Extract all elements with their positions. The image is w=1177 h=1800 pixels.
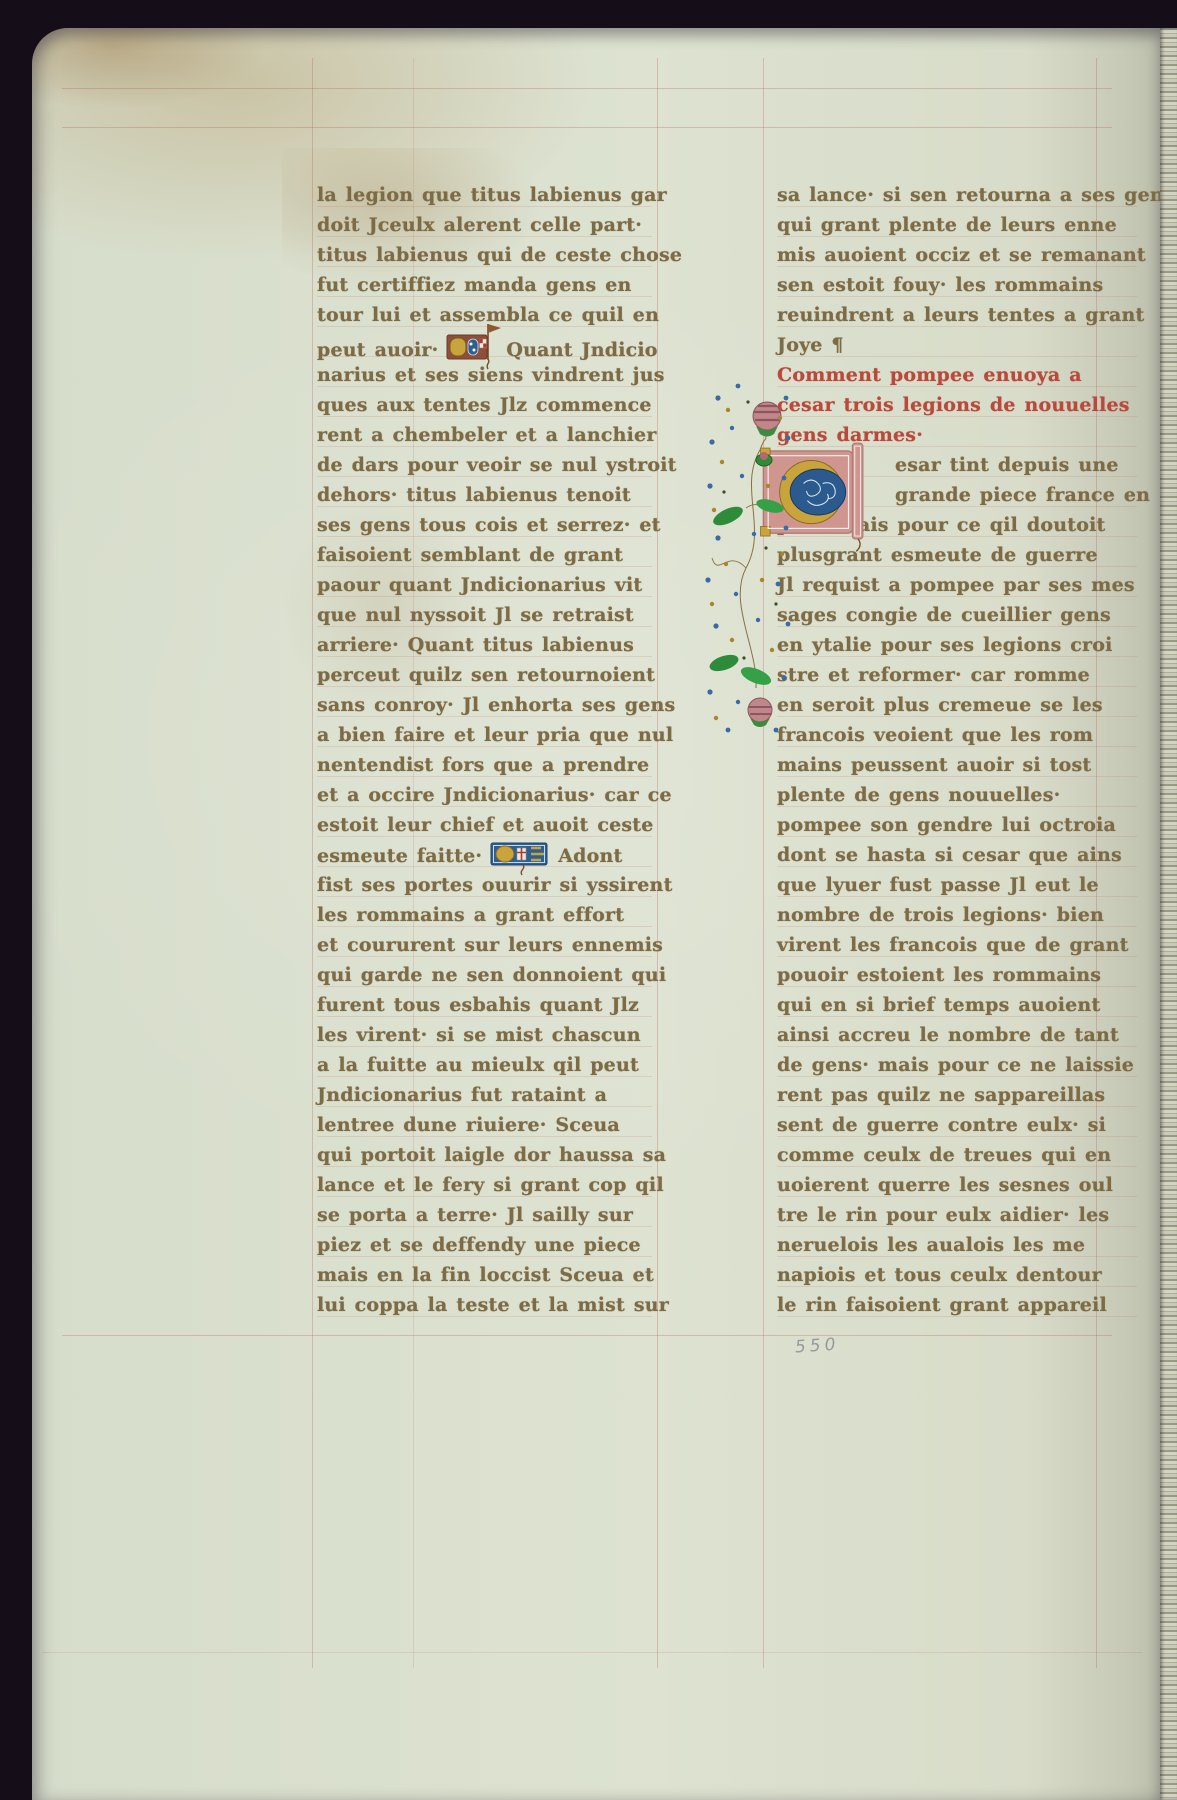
- text-line: lentree dune riuiere· Sceua: [317, 1110, 652, 1140]
- text-line: dont se hasta si cesar que ains: [777, 840, 1137, 870]
- text-line: lui coppa la teste et la mist sur: [317, 1290, 652, 1320]
- text-line: arriere· Quant titus labienus: [317, 630, 652, 660]
- text-line: plusgrant esmeute de guerre: [777, 540, 1137, 570]
- text-line: mais en la fin loccist Sceua et: [317, 1260, 652, 1290]
- text-line: perceut quilz sen retournoient: [317, 660, 652, 690]
- text-line: Joye ¶: [777, 330, 1137, 360]
- text-line: virent les francois que de grant: [777, 930, 1137, 960]
- text-line: que nul nyssoit Jl se retraist: [317, 600, 652, 630]
- text-line: en seroit plus cremeue se les: [777, 690, 1137, 720]
- text-line: a la fuitte au mieulx qil peut: [317, 1050, 652, 1080]
- binding-background: [0, 0, 1177, 28]
- text-line: ques aux tentes Jlz commence: [317, 390, 652, 420]
- ruling-line: [62, 127, 1112, 128]
- paragraph: esar tint depuis unegrande piece france …: [777, 450, 1137, 1320]
- text-line: de gens· mais pour ce ne laissie: [777, 1050, 1137, 1080]
- text-column-right: sa lance· si sen retourna a ses gensqui …: [777, 180, 1137, 1320]
- text-line: esmeute faitte· Adont: [317, 840, 652, 870]
- text-line: peut auoir· Quant Jndicio: [317, 330, 652, 360]
- text-line: neruelois les aualois les me: [777, 1230, 1137, 1260]
- ruling-line: [42, 1652, 1142, 1653]
- text-line: pouoir estoient les rommains: [777, 960, 1137, 990]
- text-line: pompee son gendre lui octroia: [777, 810, 1137, 840]
- text-line: nentendist fors que a prendre: [317, 750, 652, 780]
- text-line: lance et le fery si grant cop qil: [317, 1170, 652, 1200]
- text-line: qui portoit laigle dor haussa sa: [317, 1140, 652, 1170]
- text-line: uoierent querre les sesnes oul: [777, 1170, 1137, 1200]
- text-line: qui garde ne sen donnoient qui: [317, 960, 652, 990]
- text-line: dehors· titus labienus tenoit: [317, 480, 652, 510]
- paraph2-ornament-icon: [489, 840, 551, 872]
- manuscript-page: la legion que titus labienus gardoit Jce…: [32, 28, 1160, 1800]
- text-line: furent tous esbahis quant Jlz: [317, 990, 652, 1020]
- rubric-heading: Comment pompee enuoya acesar trois legio…: [777, 360, 1137, 450]
- text-line: tour lui et assembla ce quil en: [317, 300, 652, 330]
- text-line: a bien faire et leur pria que nul: [317, 720, 652, 750]
- adjacent-folio-edge: [1160, 28, 1177, 1800]
- text-line: Jl requist a pompee par ses mes: [777, 570, 1137, 600]
- text-line: cesar trois legions de nouuelles: [777, 390, 1137, 420]
- text-line: le rin faisoient grant appareil: [777, 1290, 1137, 1320]
- text-column-left: la legion que titus labienus gardoit Jce…: [317, 180, 652, 1320]
- text-line: nombre de trois legions· bien: [777, 900, 1137, 930]
- text-line: titus labienus qui de ceste chose: [317, 240, 652, 270]
- text-line: qui en si brief temps auoient: [777, 990, 1137, 1020]
- text-line: sans conroy· Jl enhorta ses gens: [317, 690, 652, 720]
- text-line: sa lance· si sen retourna a ses gens: [777, 180, 1137, 210]
- text-line: mis auoient occiz et se remanant: [777, 240, 1137, 270]
- ruling-line: [763, 58, 764, 1668]
- text-line: napiois et tous ceulx dentour: [777, 1260, 1137, 1290]
- text-line: plente de gens nouuelles·: [777, 780, 1137, 810]
- text-line: se porta a terre· Jl sailly sur: [317, 1200, 652, 1230]
- text-line: paour quant Jndicionarius vit: [317, 570, 652, 600]
- ruling-line: [312, 58, 313, 1668]
- ruling-line: [62, 88, 1112, 89]
- text-line: rent a chembeler et a lanchier: [317, 420, 652, 450]
- text-line: piez et se deffendy une piece: [317, 1230, 652, 1260]
- paragraph: sa lance· si sen retourna a ses gensqui …: [777, 180, 1137, 360]
- text-line: en ytalie pour ses legions croi: [777, 630, 1137, 660]
- text-line: les rommains a grant effort: [317, 900, 652, 930]
- text-line: Comment pompee enuoya a: [777, 360, 1137, 390]
- text-line: de dars pour veoir se nul ystroit: [317, 450, 652, 480]
- floral-margin-decoration: [698, 358, 794, 738]
- text-line: la legion que titus labienus gar: [317, 180, 652, 210]
- text-line: fut certiffiez manda gens en: [317, 270, 652, 300]
- text-line: qui grant plente de leurs enne: [777, 210, 1137, 240]
- text-line: Jndicionarius fut rataint a: [317, 1080, 652, 1110]
- text-line: que lyuer fust passe Jl eut le: [777, 870, 1137, 900]
- text-line: narius et ses siens vindrent jus: [317, 360, 652, 390]
- folio-number: 550: [794, 1334, 840, 1357]
- text-line: les virent· si se mist chascun: [317, 1020, 652, 1050]
- text-line: faisoient semblant de grant: [317, 540, 652, 570]
- text-line: et coururent sur leurs ennemis: [317, 930, 652, 960]
- text-line: ses gens tous cois et serrez· et: [317, 510, 652, 540]
- text-line: reuindrent a leurs tentes a grant: [777, 300, 1137, 330]
- text-line: estoit leur chief et auoit ceste: [317, 810, 652, 840]
- text-line: et a occire Jndicionarius· car ce: [317, 780, 652, 810]
- text-line: comme ceulx de treues qui en: [777, 1140, 1137, 1170]
- text-line: tre le rin pour eulx aidier· les: [777, 1200, 1137, 1230]
- ruling-line: [657, 58, 658, 1668]
- text-line: sen estoit fouy· les rommains: [777, 270, 1137, 300]
- text-line: doit Jceulx alerent celle part·: [317, 210, 652, 240]
- text-line: sent de guerre contre eulx· si: [777, 1110, 1137, 1140]
- text-line: rent pas quilz ne sappareillas: [777, 1080, 1137, 1110]
- text-line: ainsi accreu le nombre de tant: [777, 1020, 1137, 1050]
- text-line: stre et reformer· car romme: [777, 660, 1137, 690]
- text-line: fist ses portes ouurir si yssirent: [317, 870, 652, 900]
- text-line: sages congie de cueillier gens: [777, 600, 1137, 630]
- text-line: mains peussent auoir si tost: [777, 750, 1137, 780]
- text-line: gens darmes·: [777, 420, 1137, 450]
- text-line: francois veoient que les rom: [777, 720, 1137, 750]
- ruling-line: [62, 1335, 1112, 1336]
